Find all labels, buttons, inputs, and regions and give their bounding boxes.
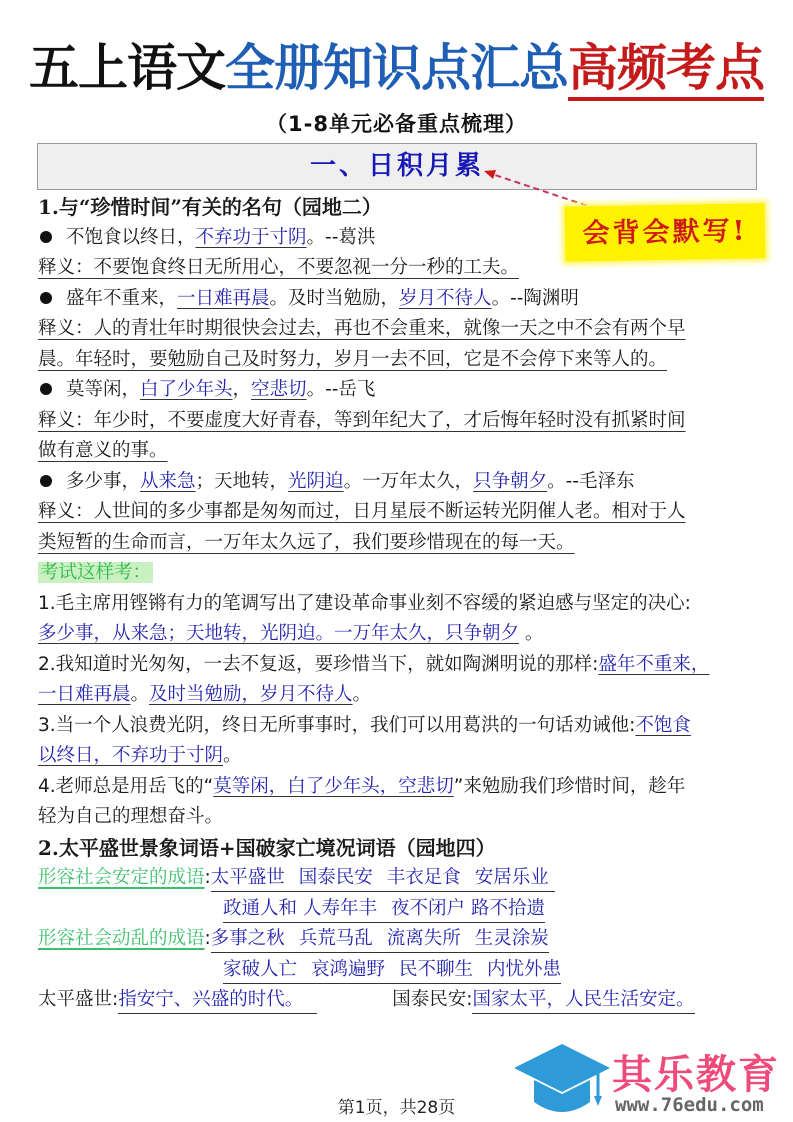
explanation-4b: 类短暂的生命而言，一万年太久远了，我们要珍惜现在的每一天。 [38,528,768,559]
idiom-group-chaos-row2: 家破人亡哀鸿遍野民不聊生内忧外患 [38,955,768,986]
highlight-phrase: 光阴迫 [288,471,344,492]
watermark-url: www.76edu.com [615,1094,764,1116]
highlight-phrase: 只争朝夕 [473,471,547,492]
explanation-3b: 做有意义的事。 [38,436,768,467]
highlight-phrase: 一日难再晨 [177,288,270,309]
watermark-brand: 其乐教育 [612,1043,780,1100]
watermark-logo: 其乐教育 www.76edu.com [512,1040,793,1122]
bullet-icon [40,475,52,487]
highlight-phrase: 白了少年头 [140,379,233,400]
explanation-1: 释义：不要饱食终日无所用心，不要忽视一分一秒的工夫。 [38,253,768,284]
exam-item-4: 4.老师总是用岳飞的“莫等闲，白了少年头，空悲切”来勉励我们珍惜时间，趁年 [38,772,768,803]
quote-1: 不饱食以终日，不弃功于寸阴。--葛洪 [38,223,768,254]
section2-heading: 2.太平盛世景象词语+国破家亡境况词语（园地四） [38,833,768,864]
group-label: 形容社会动乱的成语 [38,928,205,949]
highlight-phrase: 不弃功于寸阴 [196,227,307,248]
idiom-row: 多事之秋兵荒马乱流离失所生灵涂炭 [211,926,549,953]
answer-text: 多少事，从来急；天地转，光阴迫。一万年太久，只争朝夕 [38,623,519,644]
explanation-4a: 释义：人世间的多少事都是匆匆而过，日月星辰不断运转光阴催人老。相对于人 [38,497,768,528]
exam-item-4-cont: 轻为自己的理想奋斗。 [38,802,768,833]
section-banner: 一、日积月累 [37,143,757,190]
exam-item-2-cont: 一日难再晨。及时当勉励，岁月不待人。 [38,680,768,711]
page-title: 五上语文全册知识点汇总高频考点 [0,38,793,98]
group-label: 形容社会安定的成语 [38,867,205,888]
bullet-icon [40,383,52,395]
title-part-summary: 全册知识点汇总 [225,38,568,97]
quote-2: 盛年不重来，一日难再晨。及时当勉励，岁月不待人。--陶渊明 [38,284,768,315]
page-subtitle: （1-8单元必备重点梳理） [0,108,793,138]
highlight-phrase: 空悲切 [251,379,307,400]
exam-label: 考试这样考： [38,562,153,583]
explanation-2a: 释义：人的青壮年时期很快会过去，再也不会重来，就像一天之中不会有两个早 [38,314,768,345]
idiom-group-chaos-row1: 形容社会动乱的成语:多事之秋兵荒马乱流离失所生灵涂炭 [38,924,768,955]
idiom-group-stable-row2: 政通人和人寿年丰夜不闭户路不拾遗 [38,894,768,925]
explanation-3a: 释义：年少时，不要虚度大好青春，等到年纪大了，才后悔年轻时没有抓紧时间 [38,406,768,437]
exam-item-3-cont: 以终日，不弃功于寸阴。 [38,741,768,772]
graduation-cap-icon [512,1040,612,1122]
idiom-row: 政通人和人寿年丰夜不闭户路不拾遗 [223,896,545,923]
answer-text: 不饱食 [635,715,691,736]
exam-label-row: 考试这样考： [38,558,768,589]
document-body: 1.与“珍惜时间”有关的名句（园地二） 不饱食以终日，不弃功于寸阴。--葛洪 释… [38,192,768,1016]
section1-heading: 1.与“珍惜时间”有关的名句（园地二） [38,192,768,223]
answer-text: 莫等闲，白了少年头，空悲切 [213,776,454,797]
idiom-row: 太平盛世国泰民安丰衣足食安居乐业 [211,865,555,892]
answer-text: 以终日，不弃功于寸阴 [38,745,223,766]
explanation-2b: 晨。年轻时，要勉励自己及时努力，岁月一去不回，它是不会停下来等人的。 [38,345,768,376]
quote-3: 莫等闲，白了少年头，空悲切。--岳飞 [38,375,768,406]
exam-item-1: 1.毛主席用铿锵有力的笔调写出了建设革命事业刻不容缓的紧迫感与坚定的决心: [38,589,768,620]
title-part-highlight: 高频考点 [568,38,764,101]
definition-meaning: 指安宁、兴盛的时代。 [118,987,317,1014]
bullet-icon [40,292,52,304]
title-part-grade: 五上语文 [29,38,225,97]
definitions-row: 太平盛世:指安宁、兴盛的时代。国泰民安:国家太平，人民生活安定。 [38,985,768,1016]
definition-meaning: 国家太平，人民生活安定。 [472,987,694,1014]
answer-text: 及时当勉励，岁月不待人 [149,684,353,705]
quote-4: 多少事，从来急；天地转，光阴迫。一万年太久，只争朝夕。--毛泽东 [38,467,768,498]
answer-text: 一日难再晨 [38,684,131,705]
bullet-icon [40,231,52,243]
idiom-row: 家破人亡哀鸿遍野民不聊生内忧外患 [223,957,561,984]
exam-item-3: 3.当一个人浪费光阴，终日无所事事时，我们可以用葛洪的一句话劝诫他:不饱食 [38,711,768,742]
definition-term: 太平盛世: [38,989,118,1010]
highlight-phrase: 岁月不待人 [399,288,492,309]
highlight-phrase: 从来急 [140,471,196,492]
idiom-group-stable-row1: 形容社会安定的成语:太平盛世国泰民安丰衣足食安居乐业 [38,863,768,894]
exam-item-2: 2.我知道时光匆匆，一去不复返，要珍惜当下，就如陶渊明说的那样:盛年不重来， [38,650,768,681]
answer-text: 盛年不重来， [598,654,709,675]
exam-item-1-answer: 多少事，从来急；天地转，光阴迫。一万年太久，只争朝夕 。 [38,619,768,650]
definition-term: 国泰民安: [392,989,472,1010]
